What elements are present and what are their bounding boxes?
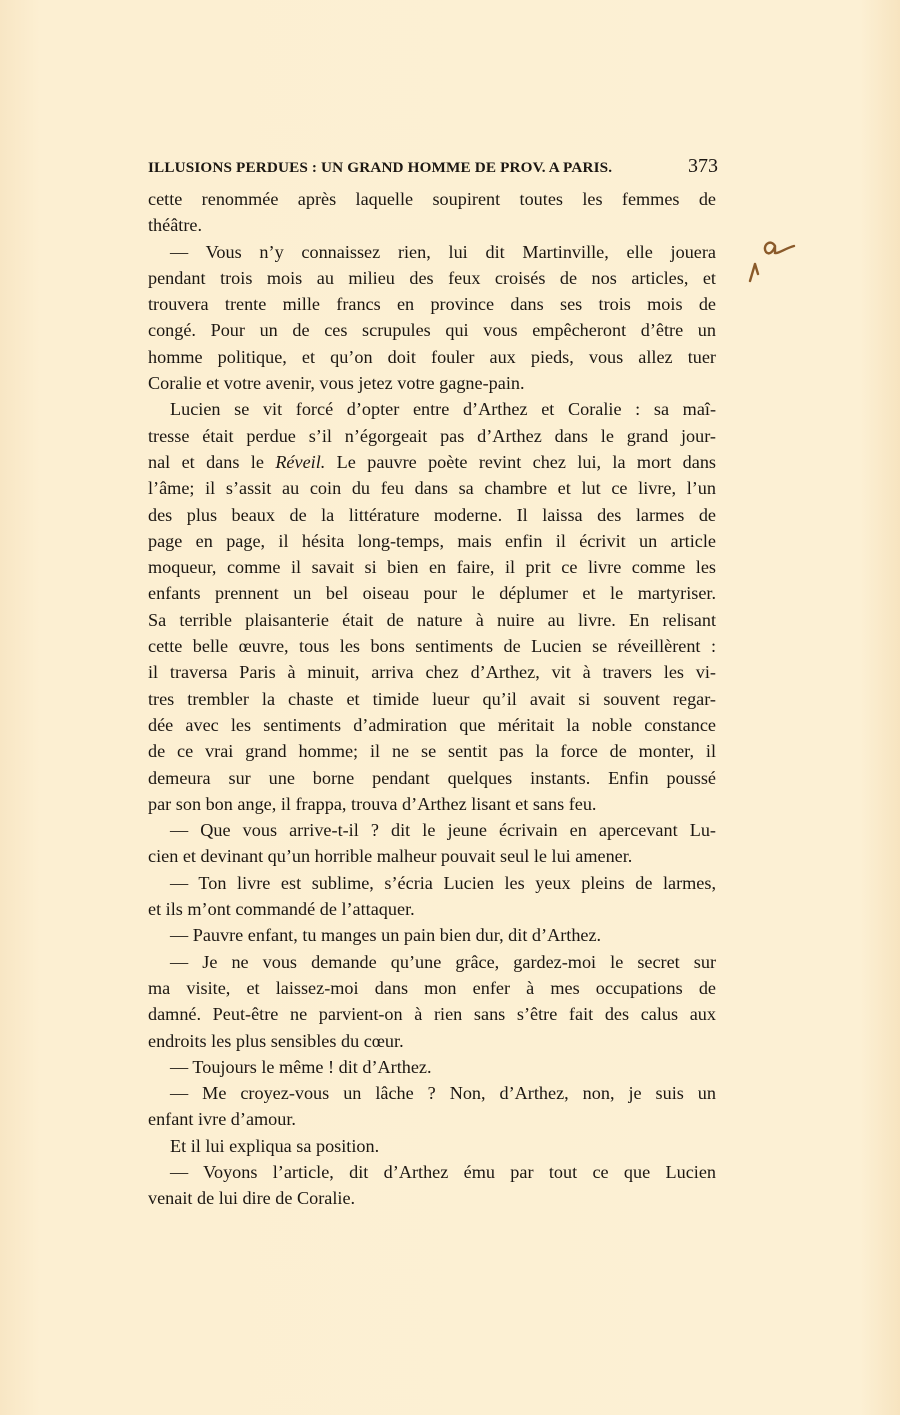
text-line: endroits les plus sensibles du cœur. [148,1028,716,1054]
text-line: — Toujours le même ! dit d’Arthez. [148,1054,716,1080]
text-line: Et il lui expliqua sa position. [148,1133,716,1159]
text-line: — Que vous arrive-t-il ? dit le jeune éc… [148,817,716,843]
text-line: des plus beaux de la littérature moderne… [148,502,716,528]
text-line: damné. Peut-être ne parvient-on à rien s… [148,1001,716,1027]
text-line: cette belle œuvre, tous les bons sentime… [148,633,716,659]
text-line: venait de lui dire de Coralie. [148,1185,716,1211]
page-number: 373 [688,155,718,178]
text-line: et ils m’ont commandé de l’attaquer. [148,896,716,922]
text-line: tresse était perdue s’il n’égorgeait pas… [148,423,716,449]
text-line: ma visite, et laissez-moi dans mon enfer… [148,975,716,1001]
handwritten-margin-annotation [742,226,812,286]
text-line: cien et devinant qu’un horrible malheur … [148,843,716,869]
text-line: Lucien se vit forcé d’opter entre d’Arth… [148,396,716,422]
text-line: enfants prennent un bel oiseau pour le d… [148,580,716,606]
text-line: pendant trois mois au milieu des feux cr… [148,265,716,291]
text-line: — Ton livre est sublime, s’écria Lucien … [148,870,716,896]
text-line: homme politique, et qu’on doit fouler au… [148,344,716,370]
text-line: — Voyons l’article, dit d’Arthez ému par… [148,1159,716,1185]
text-line: trouvera trente mille francs en province… [148,291,716,317]
running-title: ILLUSIONS PERDUES : UN GRAND HOMME DE PR… [148,159,612,177]
text-line: enfant ivre d’amour. [148,1106,716,1132]
text-line: théâtre. [148,212,716,238]
handwritten-1a-icon [742,226,812,286]
text-segment: Le pauvre poète revint chez lui, la mort… [325,452,716,472]
text-line: Sa terrible plaisanterie était de nature… [148,607,716,633]
text-line: — Me croyez-vous un lâche ? Non, d’Arthe… [148,1080,716,1106]
text-line: cette renommée après laquelle soupirent … [148,186,716,212]
body-text: cette renommée après laquelle soupirent … [148,186,716,1212]
text-line: nal et dans le Réveil. Le pauvre poète r… [148,449,716,475]
text-line: — Pauvre enfant, tu manges un pain bien … [148,922,716,948]
text-line: dée avec les sentiments d’admiration que… [148,712,716,738]
running-header: ILLUSIONS PERDUES : UN GRAND HOMME DE PR… [148,155,718,181]
text-line: Coralie et votre avenir, vous jetez votr… [148,370,716,396]
text-line: de ce vrai grand homme; il ne se sentit … [148,738,716,764]
book-page: ILLUSIONS PERDUES : UN GRAND HOMME DE PR… [0,0,900,1415]
italic-title: Réveil. [275,452,325,472]
text-line: — Je ne vous demande qu’une grâce, garde… [148,949,716,975]
text-line: demeura sur une borne pendant quelques i… [148,765,716,791]
text-line: par son bon ange, il frappa, trouva d’Ar… [148,791,716,817]
text-line: l’âme; il s’assit au coin du feu dans sa… [148,475,716,501]
text-line: tres trembler la chaste et timide lueur … [148,686,716,712]
text-line: — Vous n’y connaissez rien, lui dit Mart… [148,239,716,265]
text-line: page en page, il hésita long-temps, mais… [148,528,716,554]
text-line: congé. Pour un de ces scrupules qui vous… [148,317,716,343]
text-line: moqueur, comme il savait si bien en fair… [148,554,716,580]
text-line: il traversa Paris à minuit, arriva chez … [148,659,716,685]
text-segment: nal et dans le [148,452,275,472]
